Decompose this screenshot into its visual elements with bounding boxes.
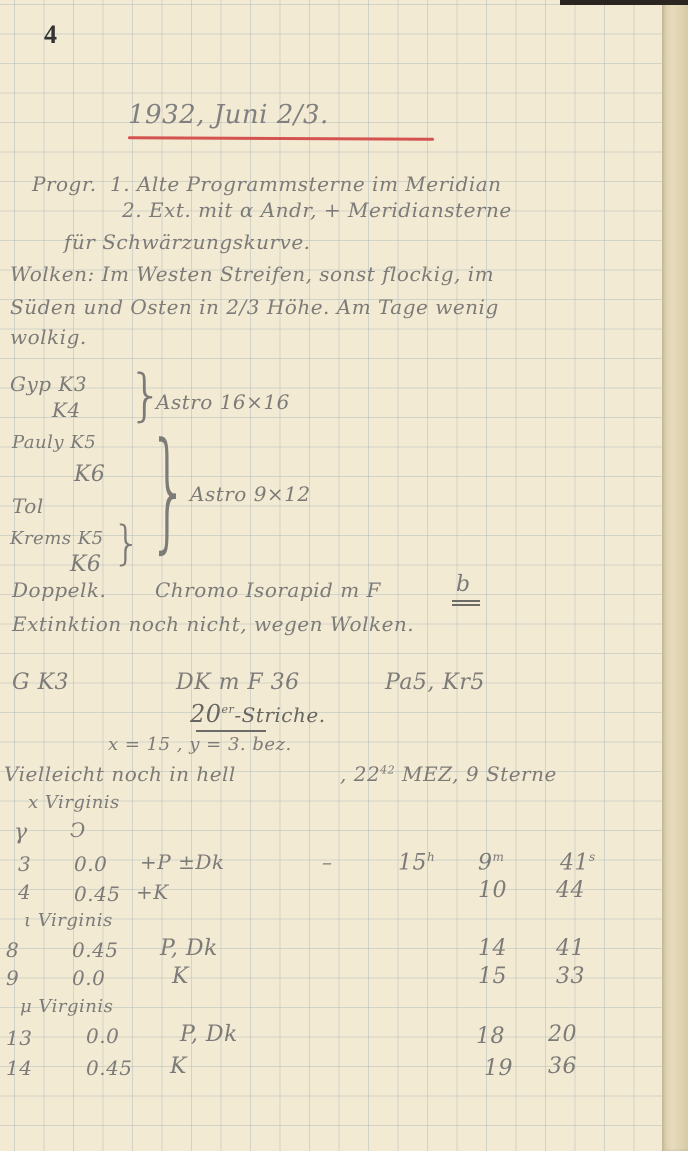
mark-underline	[452, 600, 480, 602]
grating: 20er-Striche.	[190, 700, 326, 728]
plate-pauly-k6: K6	[74, 462, 105, 487]
astro-9x12: Astro 9×12	[190, 482, 311, 506]
row-val: 0.45	[74, 882, 121, 906]
row-dash: –	[322, 850, 333, 874]
brace-3: }	[112, 518, 141, 568]
clouds-line-1: Wolken: Im Westen Streifen, sonst flocki…	[10, 262, 494, 286]
brace-2: }	[148, 420, 189, 560]
clouds-line-2: Süden und Osten in 2/3 Höhe. Am Tage wen…	[10, 295, 499, 319]
star-iota-virginis: ι Virginis	[24, 910, 113, 931]
row-m: 15	[478, 964, 507, 989]
row-no: 9	[6, 966, 19, 990]
astro-16x16: Astro 16×16	[156, 390, 290, 414]
row-no: 8	[6, 938, 19, 962]
grating-underline	[196, 730, 266, 732]
row-m: 19	[484, 1056, 513, 1081]
doppelk-plate: Chromo Isorapid m F	[155, 578, 381, 602]
row-note: K	[172, 964, 189, 989]
setup-pa: Pa5, Kr5	[385, 670, 485, 695]
row-s: 41s	[560, 850, 596, 875]
coordinates: x = 15 , y = 3. bez.	[108, 734, 292, 755]
page-number: 4	[44, 20, 57, 50]
program-label: Progr.	[32, 172, 97, 196]
doppelk-mark: b	[456, 572, 471, 597]
binding-shadow	[560, 0, 688, 5]
row-val: 0.45	[86, 1056, 133, 1080]
star-x-virginis: x Virginis	[28, 792, 120, 813]
page-edge	[662, 0, 688, 1151]
row-s: 36	[548, 1054, 577, 1079]
column-header-2: Ͻ	[70, 818, 86, 842]
row-s: 20	[548, 1022, 577, 1047]
row-val: 0.0	[72, 966, 105, 990]
row-m: 18	[476, 1024, 505, 1049]
row-s: 41	[556, 936, 585, 961]
program-line-1: 1. Alte Programmsterne im Meridian	[110, 172, 502, 196]
row-note: P, Dk	[160, 936, 218, 961]
row-m: 10	[478, 878, 507, 903]
row-no: 14	[6, 1056, 32, 1080]
row-m: 14	[478, 936, 507, 961]
program-line-3: für Schwärzungskurve.	[64, 230, 311, 254]
plate-krems-k5: Krems K5	[10, 528, 104, 549]
row-note: P, Dk	[180, 1022, 238, 1047]
program-line-2: 2. Ext. mit α Andr, + Meridiansterne	[122, 198, 512, 222]
row-note: K	[170, 1054, 187, 1079]
row-h: 15h	[398, 850, 435, 875]
time: , 2242 MEZ, 9 Sterne	[340, 762, 557, 786]
plate-gyp-k3: Gyp K3	[10, 372, 87, 396]
plate-gyp-k4: K4	[52, 398, 81, 422]
row-note: +P ±Dk	[140, 850, 224, 874]
row-val: 0.0	[74, 852, 107, 876]
row-val: 0.45	[72, 938, 119, 962]
row-m: 9m	[478, 850, 504, 875]
page-title: 1932, Juni 2/3.	[128, 100, 329, 130]
row-val: 0.0	[86, 1024, 119, 1048]
plate-pauly-k5: Pauly K5	[12, 432, 96, 453]
doppelk-label: Doppelk.	[12, 578, 106, 602]
extinction-note: Extinktion noch nicht, wegen Wolken.	[12, 612, 414, 636]
plate-tol: Tol	[12, 494, 44, 518]
column-header-gamma: γ	[14, 820, 28, 845]
row-no: 3	[18, 852, 31, 876]
setup-dk: DK m F 36	[176, 670, 300, 695]
remark: Vielleicht noch in hell	[4, 762, 236, 786]
setup-g-k3: G K3	[12, 670, 69, 695]
row-no: 13	[6, 1026, 32, 1050]
row-note: +K	[136, 880, 169, 904]
star-mu-virginis: μ Virginis	[20, 996, 113, 1017]
clouds-line-3: wolkig.	[10, 325, 87, 349]
row-no: 4	[18, 880, 31, 904]
mark-underline-2	[452, 604, 480, 606]
plate-krems-k6: K6	[70, 552, 101, 577]
row-s: 44	[556, 878, 585, 903]
row-s: 33	[556, 964, 585, 989]
